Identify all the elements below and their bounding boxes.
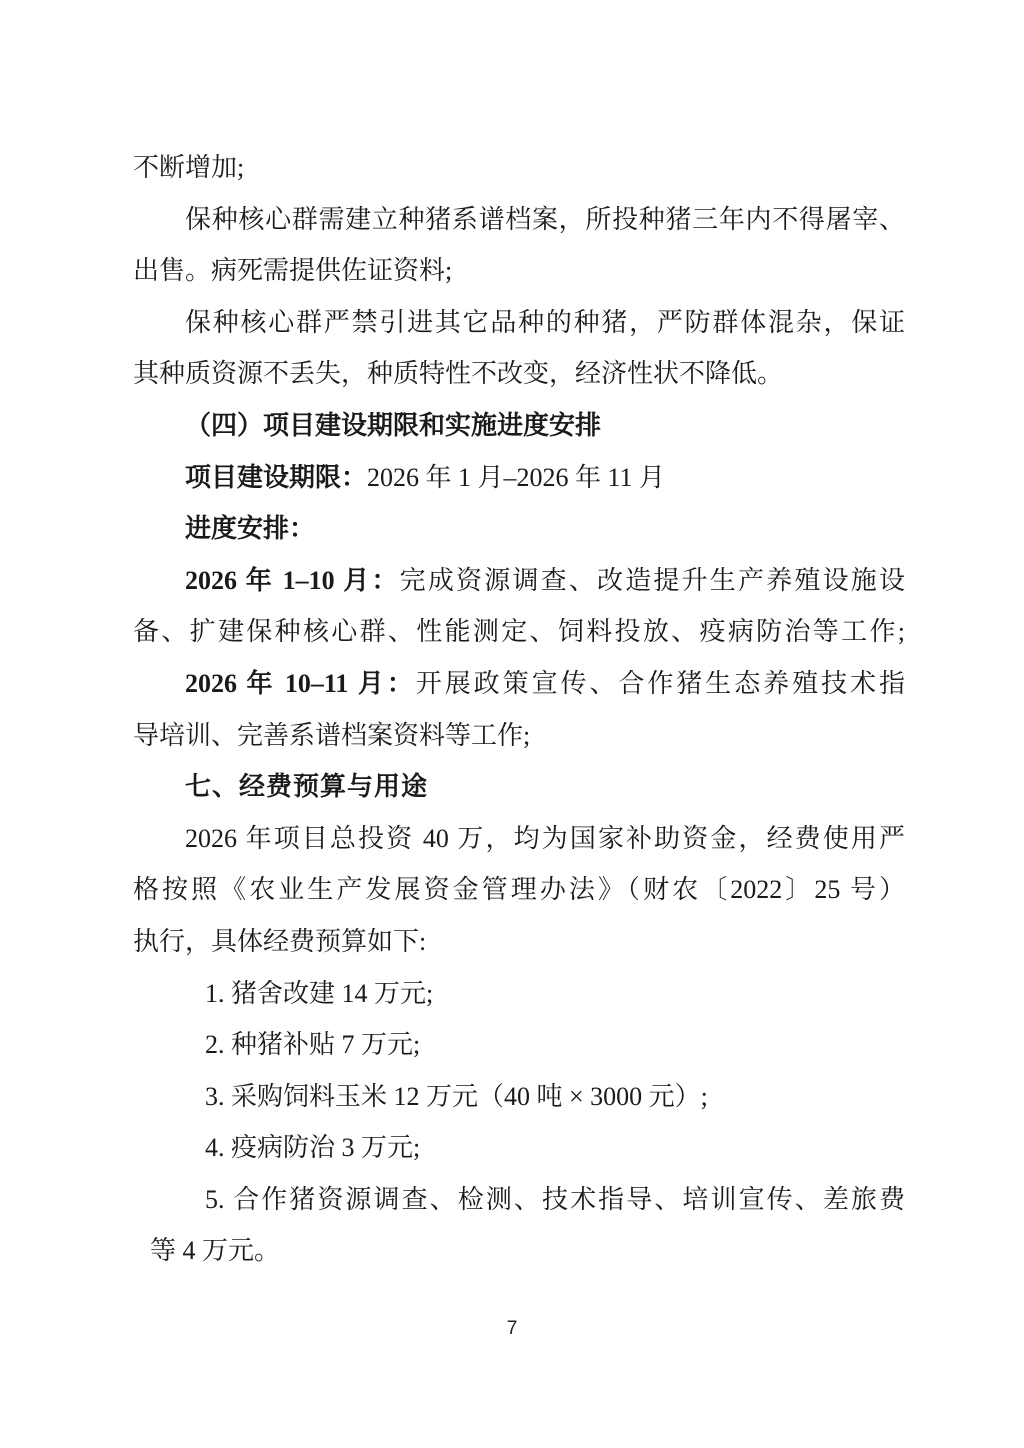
text-line: 其种质资源不丢失，种质特性不改变，经济性状不降低。 bbox=[133, 348, 905, 400]
text-line: 不断增加; bbox=[133, 142, 905, 194]
text-segment: 2026 年项目总投资 40 万，均为国家补助资金，经费使用严 bbox=[185, 824, 905, 853]
text-line: 2026 年项目总投资 40 万，均为国家补助资金，经费使用严 bbox=[133, 813, 905, 865]
text-segment: 2. 种猪补贴 7 万元; bbox=[205, 1030, 420, 1059]
text-segment: 其种质资源不丢失，种质特性不改变，经济性状不降低。 bbox=[133, 359, 783, 388]
text-line: 2026 年 10–11 月：开展政策宣传、合作猪生态养殖技术指 bbox=[133, 658, 905, 710]
text-segment: 格按照《农业生产发展资金管理办法》（财农〔2022〕25 号） bbox=[133, 875, 905, 904]
text-line: 3. 采购饲料玉米 12 万元（40 吨 × 3000 元）; bbox=[133, 1071, 905, 1123]
text-segment: 导培训、完善系谱档案资料等工作; bbox=[133, 721, 530, 750]
text-line: （四）项目建设期限和实施进度安排 bbox=[133, 400, 905, 452]
text-segment: 项目建设期限： bbox=[185, 463, 367, 492]
text-line: 项目建设期限：2026 年 1 月–2026 年 11 月 bbox=[133, 452, 905, 504]
text-line: 2026 年 1–10 月：完成资源调查、改造提升生产养殖设施设 bbox=[133, 555, 905, 607]
text-segment: 2026 年 1–10 月： bbox=[185, 566, 400, 595]
text-line: 4. 疫病防治 3 万元; bbox=[133, 1122, 905, 1174]
text-segment: 完成资源调查、改造提升生产养殖设施设 bbox=[400, 566, 905, 595]
text-segment: 保种核心群需建立种猪系谱档案，所投种猪三年内不得屠宰、 bbox=[185, 205, 905, 234]
text-segment: 七、经费预算与用途 bbox=[185, 771, 428, 801]
text-segment: 4. 疫病防治 3 万元; bbox=[205, 1133, 420, 1162]
text-line: 1. 猪舍改建 14 万元; bbox=[133, 968, 905, 1020]
text-segment: 不断增加; bbox=[133, 153, 244, 182]
text-segment: 等 4 万元。 bbox=[150, 1236, 280, 1265]
document-body: 不断增加;保种核心群需建立种猪系谱档案，所投种猪三年内不得屠宰、出售。病死需提供… bbox=[133, 142, 905, 1277]
text-line: 七、经费预算与用途 bbox=[133, 761, 905, 813]
text-segment: 保种核心群严禁引进其它品种的种猪，严防群体混杂，保证 bbox=[185, 308, 905, 337]
document-page: 不断增加;保种核心群需建立种猪系谱档案，所投种猪三年内不得屠宰、出售。病死需提供… bbox=[0, 0, 1024, 1448]
text-line: 导培训、完善系谱档案资料等工作; bbox=[133, 710, 905, 762]
text-line: 进度安排： bbox=[133, 503, 905, 555]
text-segment: 5. 合作猪资源调查、检测、技术指导、培训宣传、差旅费 bbox=[205, 1185, 905, 1214]
text-line: 格按照《农业生产发展资金管理办法》（财农〔2022〕25 号） bbox=[133, 864, 905, 916]
text-segment: 1. 猪舍改建 14 万元; bbox=[205, 979, 433, 1008]
text-segment: （四）项目建设期限和实施进度安排 bbox=[185, 411, 601, 440]
text-line: 保种核心群严禁引进其它品种的种猪，严防群体混杂，保证 bbox=[133, 297, 905, 349]
text-line: 保种核心群需建立种猪系谱档案，所投种猪三年内不得屠宰、 bbox=[133, 194, 905, 246]
text-line: 备、扩建保种核心群、性能测定、饲料投放、疫病防治等工作; bbox=[133, 606, 905, 658]
text-segment: 出售。病死需提供佐证资料; bbox=[133, 256, 452, 285]
text-segment: 开展政策宣传、合作猪生态养殖技术指 bbox=[416, 669, 905, 698]
text-segment: 2026 年 1 月–2026 年 11 月 bbox=[367, 463, 665, 492]
text-segment: 执行，具体经费预算如下: bbox=[133, 927, 426, 956]
text-segment: 备、扩建保种核心群、性能测定、饲料投放、疫病防治等工作; bbox=[133, 617, 905, 646]
text-line: 执行，具体经费预算如下: bbox=[133, 916, 905, 968]
text-segment: 进度安排： bbox=[185, 514, 315, 543]
text-line: 2. 种猪补贴 7 万元; bbox=[133, 1019, 905, 1071]
text-line: 5. 合作猪资源调查、检测、技术指导、培训宣传、差旅费 bbox=[133, 1174, 905, 1226]
text-segment: 2026 年 10–11 月： bbox=[185, 669, 416, 698]
text-line: 出售。病死需提供佐证资料; bbox=[133, 245, 905, 297]
text-line: 等 4 万元。 bbox=[133, 1225, 905, 1277]
page-number: 7 bbox=[0, 1316, 1024, 1342]
text-segment: 3. 采购饲料玉米 12 万元（40 吨 × 3000 元）; bbox=[205, 1082, 708, 1111]
